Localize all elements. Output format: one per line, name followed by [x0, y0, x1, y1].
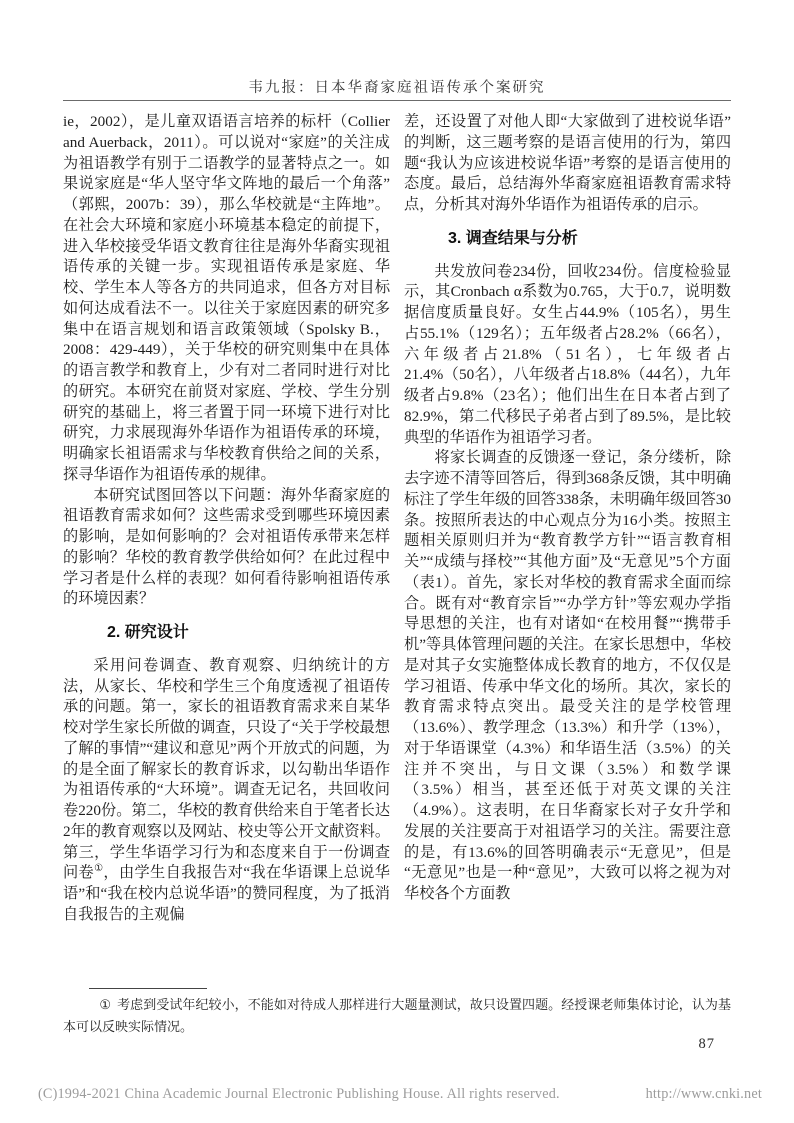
cnki-footer: (C)1994-2021 China Academic Journal Elec… — [38, 1086, 762, 1103]
header-rule — [63, 100, 731, 101]
paragraph-text: ，由学生自我报告对“我在华语课上总说华语”和“我在校内总说华语”的赞同程度，为了… — [63, 864, 390, 923]
right-column: 差，还设置了对他人即“大家做到了进校说华语”的判断，这三题考察的是语言使用的行为… — [404, 112, 731, 926]
footnote-area: ①考虑到受试年纪较小，不能如对待成人那样进行大题量测试，故只设置四题。经授课老师… — [63, 988, 731, 1037]
body-paragraph: 本研究试图回答以下问题：海外华裔家庭的祖语教育需求如何？这些需求受到哪些环境因素… — [63, 486, 390, 611]
body-paragraph: ie，2002），是儿童双语语言培养的标杆（Collier and Auerba… — [63, 112, 390, 486]
copyright-text: (C)1994-2021 China Academic Journal Elec… — [38, 1086, 560, 1103]
left-column: ie，2002），是儿童双语语言培养的标杆（Collier and Auerba… — [63, 112, 390, 926]
cnki-url: http://www.cnki.net — [646, 1086, 762, 1103]
running-head-title: 韦九报：日本华裔家庭祖语传承个案研究 — [63, 76, 731, 97]
section-heading-results-analysis: 3. 调查结果与分析 — [404, 229, 731, 250]
body-paragraph: 差，还设置了对他人即“大家做到了进校说华语”的判断，这三题考察的是语言使用的行为… — [404, 112, 731, 216]
two-column-body: ie，2002），是儿童双语语言培养的标杆（Collier and Auerba… — [63, 112, 731, 926]
footnote-body: 考虑到受试年纪较小，不能如对待成人那样进行大题量测试，故只设置四题。经授课老师集… — [63, 997, 731, 1034]
section-heading-research-design: 2. 研究设计 — [63, 623, 390, 644]
body-paragraph: 共发放问卷234份，回收234份。信度检验显示，其Cronbach α系数为0.… — [404, 262, 731, 449]
footnote-marker: ① — [99, 997, 111, 1012]
paragraph-text: 采用问卷调查、教育观察、归纳统计的方法，从家长、华校和学生三个角度透视了祖语传承… — [63, 657, 390, 882]
page-number: 87 — [63, 1036, 715, 1053]
body-paragraph: 将家长调查的反馈逐一登记，条分缕析，除去字迹不清等回答后，得到368条反馈，其中… — [404, 448, 731, 905]
body-paragraph-with-footnote-ref: 采用问卷调查、教育观察、归纳统计的方法，从家长、华校和学生三个角度透视了祖语传承… — [63, 656, 390, 926]
footnote-text: ①考虑到受试年纪较小，不能如对待成人那样进行大题量测试，故只设置四题。经授课老师… — [63, 994, 731, 1037]
footnote-separator-rule — [89, 988, 207, 989]
